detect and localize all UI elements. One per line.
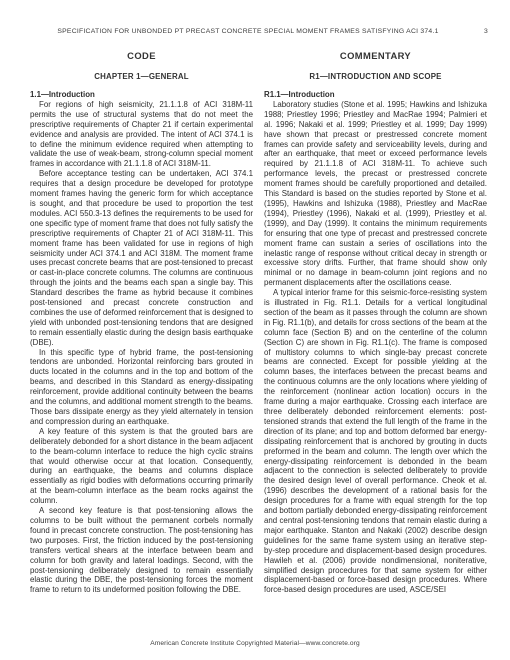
copyright-notice: American Concrete Institute Copyrighted … <box>150 640 360 647</box>
document-page: SPECIFICATION FOR UNBONDED PT PRECAST CO… <box>0 0 510 660</box>
code-chapter-heading: CHAPTER 1—GENERAL <box>30 72 253 81</box>
commentary-body: R1.1—Introduction Laboratory studies (St… <box>264 90 487 595</box>
code-paragraph-5: A second key feature is that post-tensio… <box>30 506 253 595</box>
commentary-column-heading: COMMENTARY <box>264 50 487 61</box>
code-body: 1.1—Introduction For regions of high sei… <box>30 90 253 595</box>
page-footer: American Concrete Institute Copyrighted … <box>0 640 510 647</box>
running-header: SPECIFICATION FOR UNBONDED PT PRECAST CO… <box>30 28 488 35</box>
code-column-heading: CODE <box>30 50 253 61</box>
page-number: 3 <box>466 28 488 35</box>
commentary-section-heading: R1.1—Introduction <box>264 90 487 100</box>
two-column-content: CODE CHAPTER 1—GENERAL 1.1—Introduction … <box>30 50 487 595</box>
commentary-paragraph-1: Laboratory studies (Stone et al. 1995; H… <box>264 100 487 288</box>
code-paragraph-3: In this specific type of hybrid frame, t… <box>30 348 253 427</box>
code-paragraph-2: Before acceptance testing can be underta… <box>30 169 253 347</box>
commentary-column: COMMENTARY R1—INTRODUCTION AND SCOPE R1.… <box>264 50 487 595</box>
code-section-heading: 1.1—Introduction <box>30 90 253 100</box>
commentary-chapter-heading: R1—INTRODUCTION AND SCOPE <box>264 72 487 81</box>
code-column: CODE CHAPTER 1—GENERAL 1.1—Introduction … <box>30 50 253 595</box>
running-header-title: SPECIFICATION FOR UNBONDED PT PRECAST CO… <box>30 28 466 35</box>
code-paragraph-4: A key feature of this system is that the… <box>30 427 253 506</box>
commentary-paragraph-2: A typical interior frame for this seismi… <box>264 288 487 595</box>
code-paragraph-1: For regions of high seismicity, 21.1.1.8… <box>30 100 253 169</box>
